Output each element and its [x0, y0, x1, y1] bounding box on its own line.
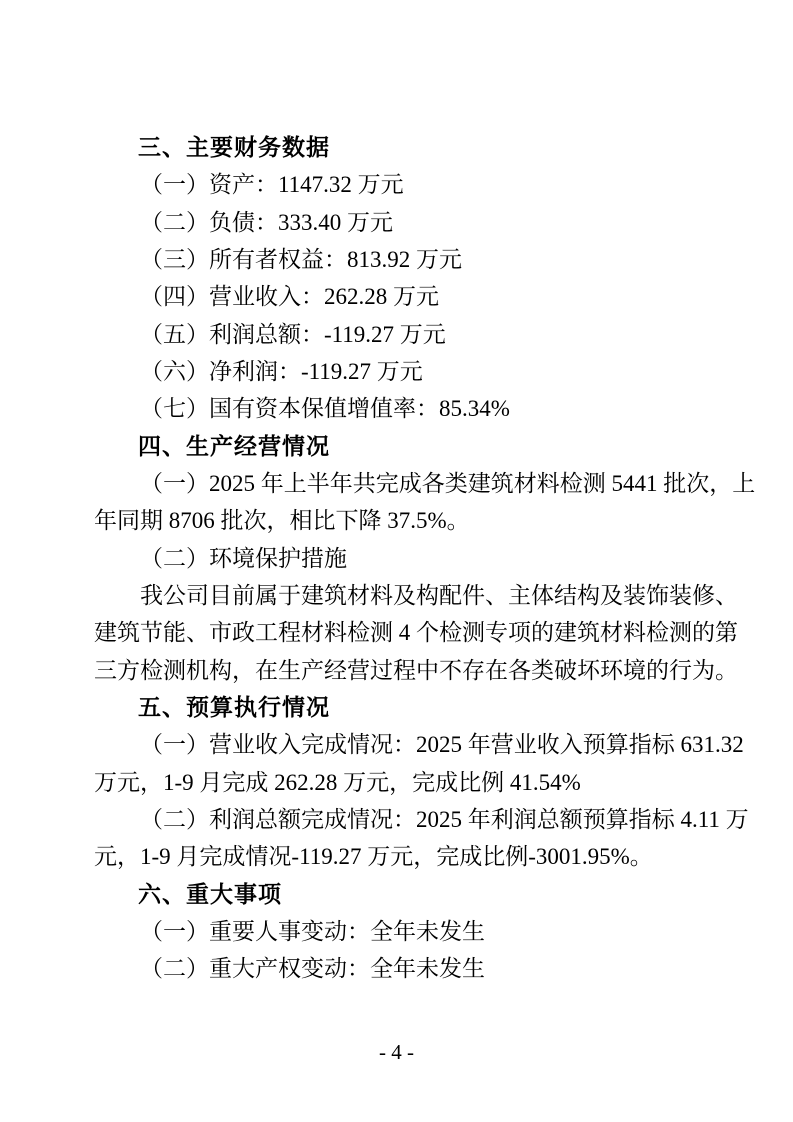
para-profit-budget-line2: 元，1-9 月完成情况-119.27 万元，完成比例-3001.95%。 — [94, 838, 700, 875]
heading-financial-data: 三、主要财务数据 — [94, 129, 700, 166]
item-owner-equity: （三）所有者权益：813.92 万元 — [94, 241, 700, 278]
document-body: 三、主要财务数据 （一）资产：1147.32 万元 （二）负债：333.40 万… — [94, 129, 700, 988]
para-environment-line1: 我公司目前属于建筑材料及构配件、主体结构及装饰装修、 — [94, 577, 700, 614]
heading-budget-execution: 五、预算执行情况 — [94, 689, 700, 726]
document-page: 三、主要财务数据 （一）资产：1147.32 万元 （二）负债：333.40 万… — [0, 0, 793, 1122]
para-profit-budget-line1: （二）利润总额完成情况：2025 年利润总额预算指标 4.11 万 — [94, 801, 700, 838]
item-operating-revenue: （四）营业收入：262.28 万元 — [94, 278, 700, 315]
item-capital-preservation-rate: （七）国有资本保值增值率：85.34% — [94, 390, 700, 427]
para-revenue-budget-line1: （一）营业收入完成情况：2025 年营业收入预算指标 631.32 — [94, 726, 700, 763]
item-liabilities: （二）负债：333.40 万元 — [94, 204, 700, 241]
heading-production-operation: 四、生产经营情况 — [94, 428, 700, 465]
item-net-profit: （六）净利润：-119.27 万元 — [94, 353, 700, 390]
para-environment-title: （二）环境保护措施 — [94, 540, 700, 577]
heading-major-events: 六、重大事项 — [94, 876, 700, 913]
item-assets: （一）资产：1147.32 万元 — [94, 166, 700, 203]
para-inspection-line1: （一）2025 年上半年共完成各类建筑材料检测 5441 批次，上 — [94, 465, 700, 502]
page-number: - 4 - — [0, 1040, 793, 1064]
para-revenue-budget-line2: 万元，1-9 月完成 262.28 万元，完成比例 41.54% — [94, 764, 700, 801]
para-environment-line2: 建筑节能、市政工程材料检测 4 个检测专项的建筑材料检测的第 — [94, 614, 700, 651]
item-property-change: （二）重大产权变动：全年未发生 — [94, 950, 700, 987]
item-total-profit: （五）利润总额：-119.27 万元 — [94, 316, 700, 353]
para-environment-line3: 三方检测机构，在生产经营过程中不存在各类破坏环境的行为。 — [94, 652, 700, 689]
para-inspection-line2: 年同期 8706 批次，相比下降 37.5%。 — [94, 502, 700, 539]
item-personnel-change: （一）重要人事变动：全年未发生 — [94, 913, 700, 950]
